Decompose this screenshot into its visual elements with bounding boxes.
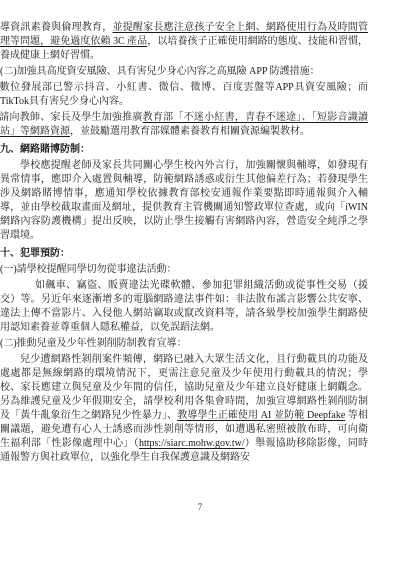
list-item-app-warning: 1. 數位發展部已警示抖音、小紅書、微信、微博、百度雲盤等APP具資安風險；而T… [0,81,368,109]
paragraph-media-literacy-continuation: 導資訊素養與倫理教育，並提醒家長應注意孩子安全上網、網路使用行為及時間管理等問題… [0,21,368,63]
section-10-heading-crime-prevention: 十、犯罪預防： [0,247,368,261]
item-b-heading-sexual-exploitation-prevention: (二)推動兒童及少年性剝削防制教育宣導： [0,337,368,351]
document-page: 導資訊素養與倫理教育，並提醒家長應注意孩子安全上網、網路使用行為及時間管理等問題… [0,0,400,566]
item-b-paragraph: 兒少遭網路性剝削案件頻傳，網路已融入大眾生活文化，且行動載具的功能及處處都是無線… [0,353,368,465]
link-siarc-url[interactable]: https://siarc.mohw.gov.tw/ [139,438,245,449]
section-9-heading-online-gambling: 九、網路賭博防制： [0,143,368,157]
underlined-text: 教導學生正確使用 AI 並防範 Deepfake [177,410,345,421]
list-item-moe-resources: 2. 請向教師、家長及學生加強推廣教育部「不迷小紅書，青春不迷途」、「短影音識讀… [0,111,368,139]
section-9-paragraph: 學校應提醒老師及家長共同關心學生校內外言行，加強關懷與輔導，如發現有異常情事，應… [0,159,368,243]
text-segment: ，並鼓勵選用教育部媒體素養教育相關資源編製教材。 [70,126,310,137]
item-a-heading-illegal-activities: (一)請學校提醒同學切勿從事違法活動： [0,263,368,277]
text-segment: 2. 請向教師、家長及學生加強推廣 [0,112,143,123]
heading-high-risk-app-measures: (二)加強具高度資安風險、具有害兒少身心內容之高風險 APP 防護措施： [0,65,368,79]
text-segment: 導資訊素養與倫理教育， [0,22,113,33]
item-a-paragraph: 如飆車、竊盜、販賣違法光碟軟體、參加犯罪組織活動或從事性交易（援交）等。另近年來… [0,279,368,335]
page-number: 7 [0,500,400,514]
